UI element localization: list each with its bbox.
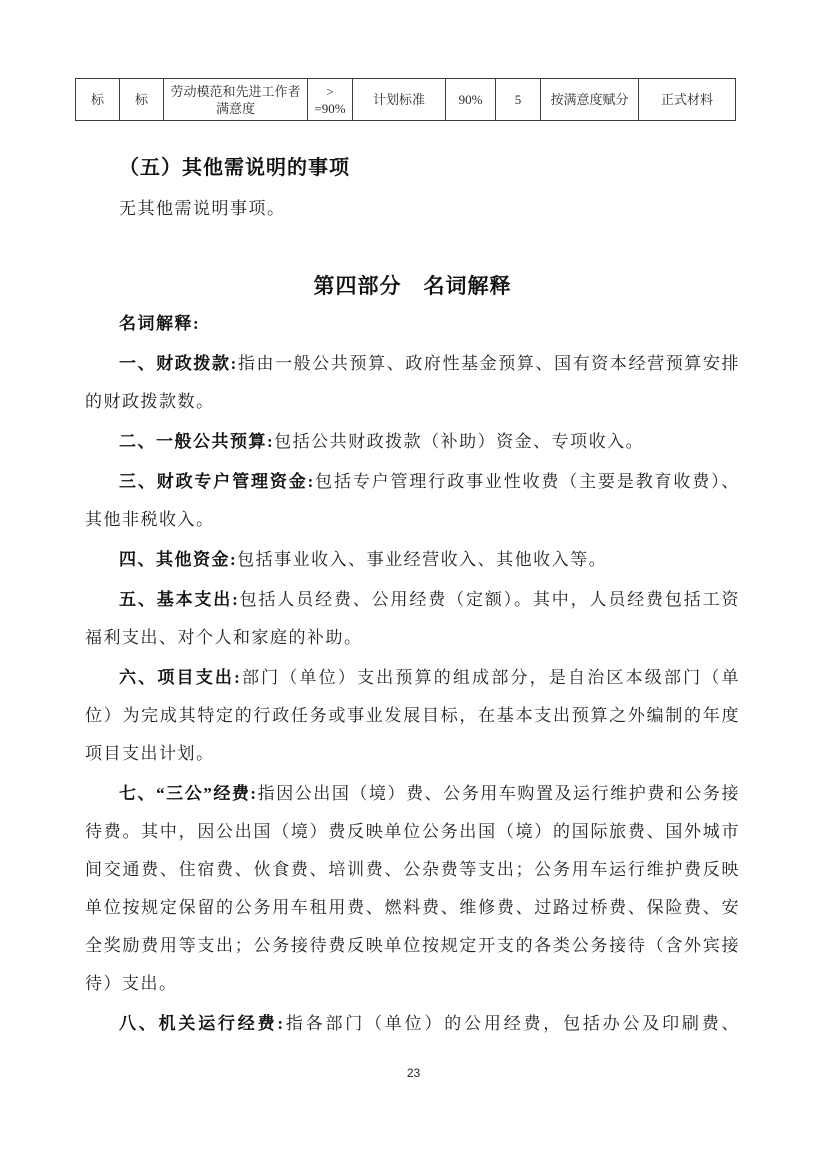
table-cell-scoring-rule: 按满意度赋分 bbox=[541, 79, 639, 121]
term-definition: 包括事业收入、事业经营收入、其他收入等。 bbox=[237, 550, 607, 569]
document-page: 标 标 劳动模范和先进工作者满意度 > =90% 计划标准 90% 5 按满意度… bbox=[0, 0, 827, 1170]
performance-indicator-table-fragment: 标 标 劳动模范和先进工作者满意度 > =90% 计划标准 90% 5 按满意度… bbox=[75, 78, 736, 121]
glossary-lead: 名词解释: bbox=[85, 305, 740, 343]
table-cell-score: 5 bbox=[496, 79, 541, 121]
table-cell-indicator-2: 标 bbox=[120, 79, 164, 121]
term-label: 二、一般公共预算: bbox=[119, 432, 274, 451]
section-heading-other-notes: （五）其他需说明的事项 bbox=[85, 154, 740, 182]
term-label: 八、机关运行经费: bbox=[119, 1014, 285, 1033]
term-definition: 包括公共财政拨款（补助）资金、专项收入。 bbox=[274, 432, 644, 451]
glossary-term-3: 三、财政专户管理资金:包括专户管理行政事业性收费（主要是教育收费）、其他非税收入… bbox=[85, 463, 740, 539]
table-cell-indicator-name: 劳动模范和先进工作者满意度 bbox=[164, 79, 308, 121]
table-cell-threshold: > =90% bbox=[308, 79, 353, 121]
document-body: （五）其他需说明的事项 无其他需说明事项。 第四部分 名词解释 名词解释: 一、… bbox=[85, 154, 740, 1043]
other-notes-text: 无其他需说明事项。 bbox=[85, 190, 740, 228]
glossary-term-7: 七、“三公”经费:指因公出国（境）费、公务用车购置及运行维护费和公务接待费。其中… bbox=[85, 775, 740, 1003]
part4-title: 第四部分 名词解释 bbox=[85, 271, 740, 301]
term-label: 六、项目支出: bbox=[119, 668, 241, 687]
term-label: 一、财政拨款: bbox=[119, 354, 238, 373]
glossary-term-5: 五、基本支出:包括人员经费、公用经费（定额）。其中，人员经费包括工资福利支出、对… bbox=[85, 581, 740, 657]
page-number: 23 bbox=[0, 1066, 827, 1080]
glossary-term-8: 八、机关运行经费:指各部门（单位）的公用经费，包括办公及印刷费、 bbox=[85, 1005, 740, 1043]
term-label: 四、其他资金: bbox=[119, 550, 237, 569]
term-label: 七、“三公”经费: bbox=[119, 784, 258, 803]
table-cell-target-value: 90% bbox=[446, 79, 496, 121]
term-label: 五、基本支出: bbox=[119, 590, 239, 609]
term-definition: 指各部门（单位）的公用经费，包括办公及印刷费、 bbox=[285, 1014, 740, 1033]
table-cell-indicator-1: 标 bbox=[76, 79, 120, 121]
glossary-term-2: 二、一般公共预算:包括公共财政拨款（补助）资金、专项收入。 bbox=[85, 423, 740, 461]
glossary-term-1: 一、财政拨款:指由一般公共预算、政府性基金预算、国有资本经营预算安排的财政拨款数… bbox=[85, 345, 740, 421]
glossary-term-4: 四、其他资金:包括事业收入、事业经营收入、其他收入等。 bbox=[85, 541, 740, 579]
table-row: 标 标 劳动模范和先进工作者满意度 > =90% 计划标准 90% 5 按满意度… bbox=[76, 79, 736, 121]
glossary-term-6: 六、项目支出:部门（单位）支出预算的组成部分，是自治区本级部门（单位）为完成其特… bbox=[85, 659, 740, 773]
table-cell-standard-type: 计划标准 bbox=[353, 79, 446, 121]
term-definition: 指因公出国（境）费、公务用车购置及运行维护费和公务接待费。其中，因公出国（境）费… bbox=[85, 784, 740, 993]
table-cell-material: 正式材料 bbox=[639, 79, 736, 121]
term-label: 三、财政专户管理资金: bbox=[119, 472, 315, 491]
